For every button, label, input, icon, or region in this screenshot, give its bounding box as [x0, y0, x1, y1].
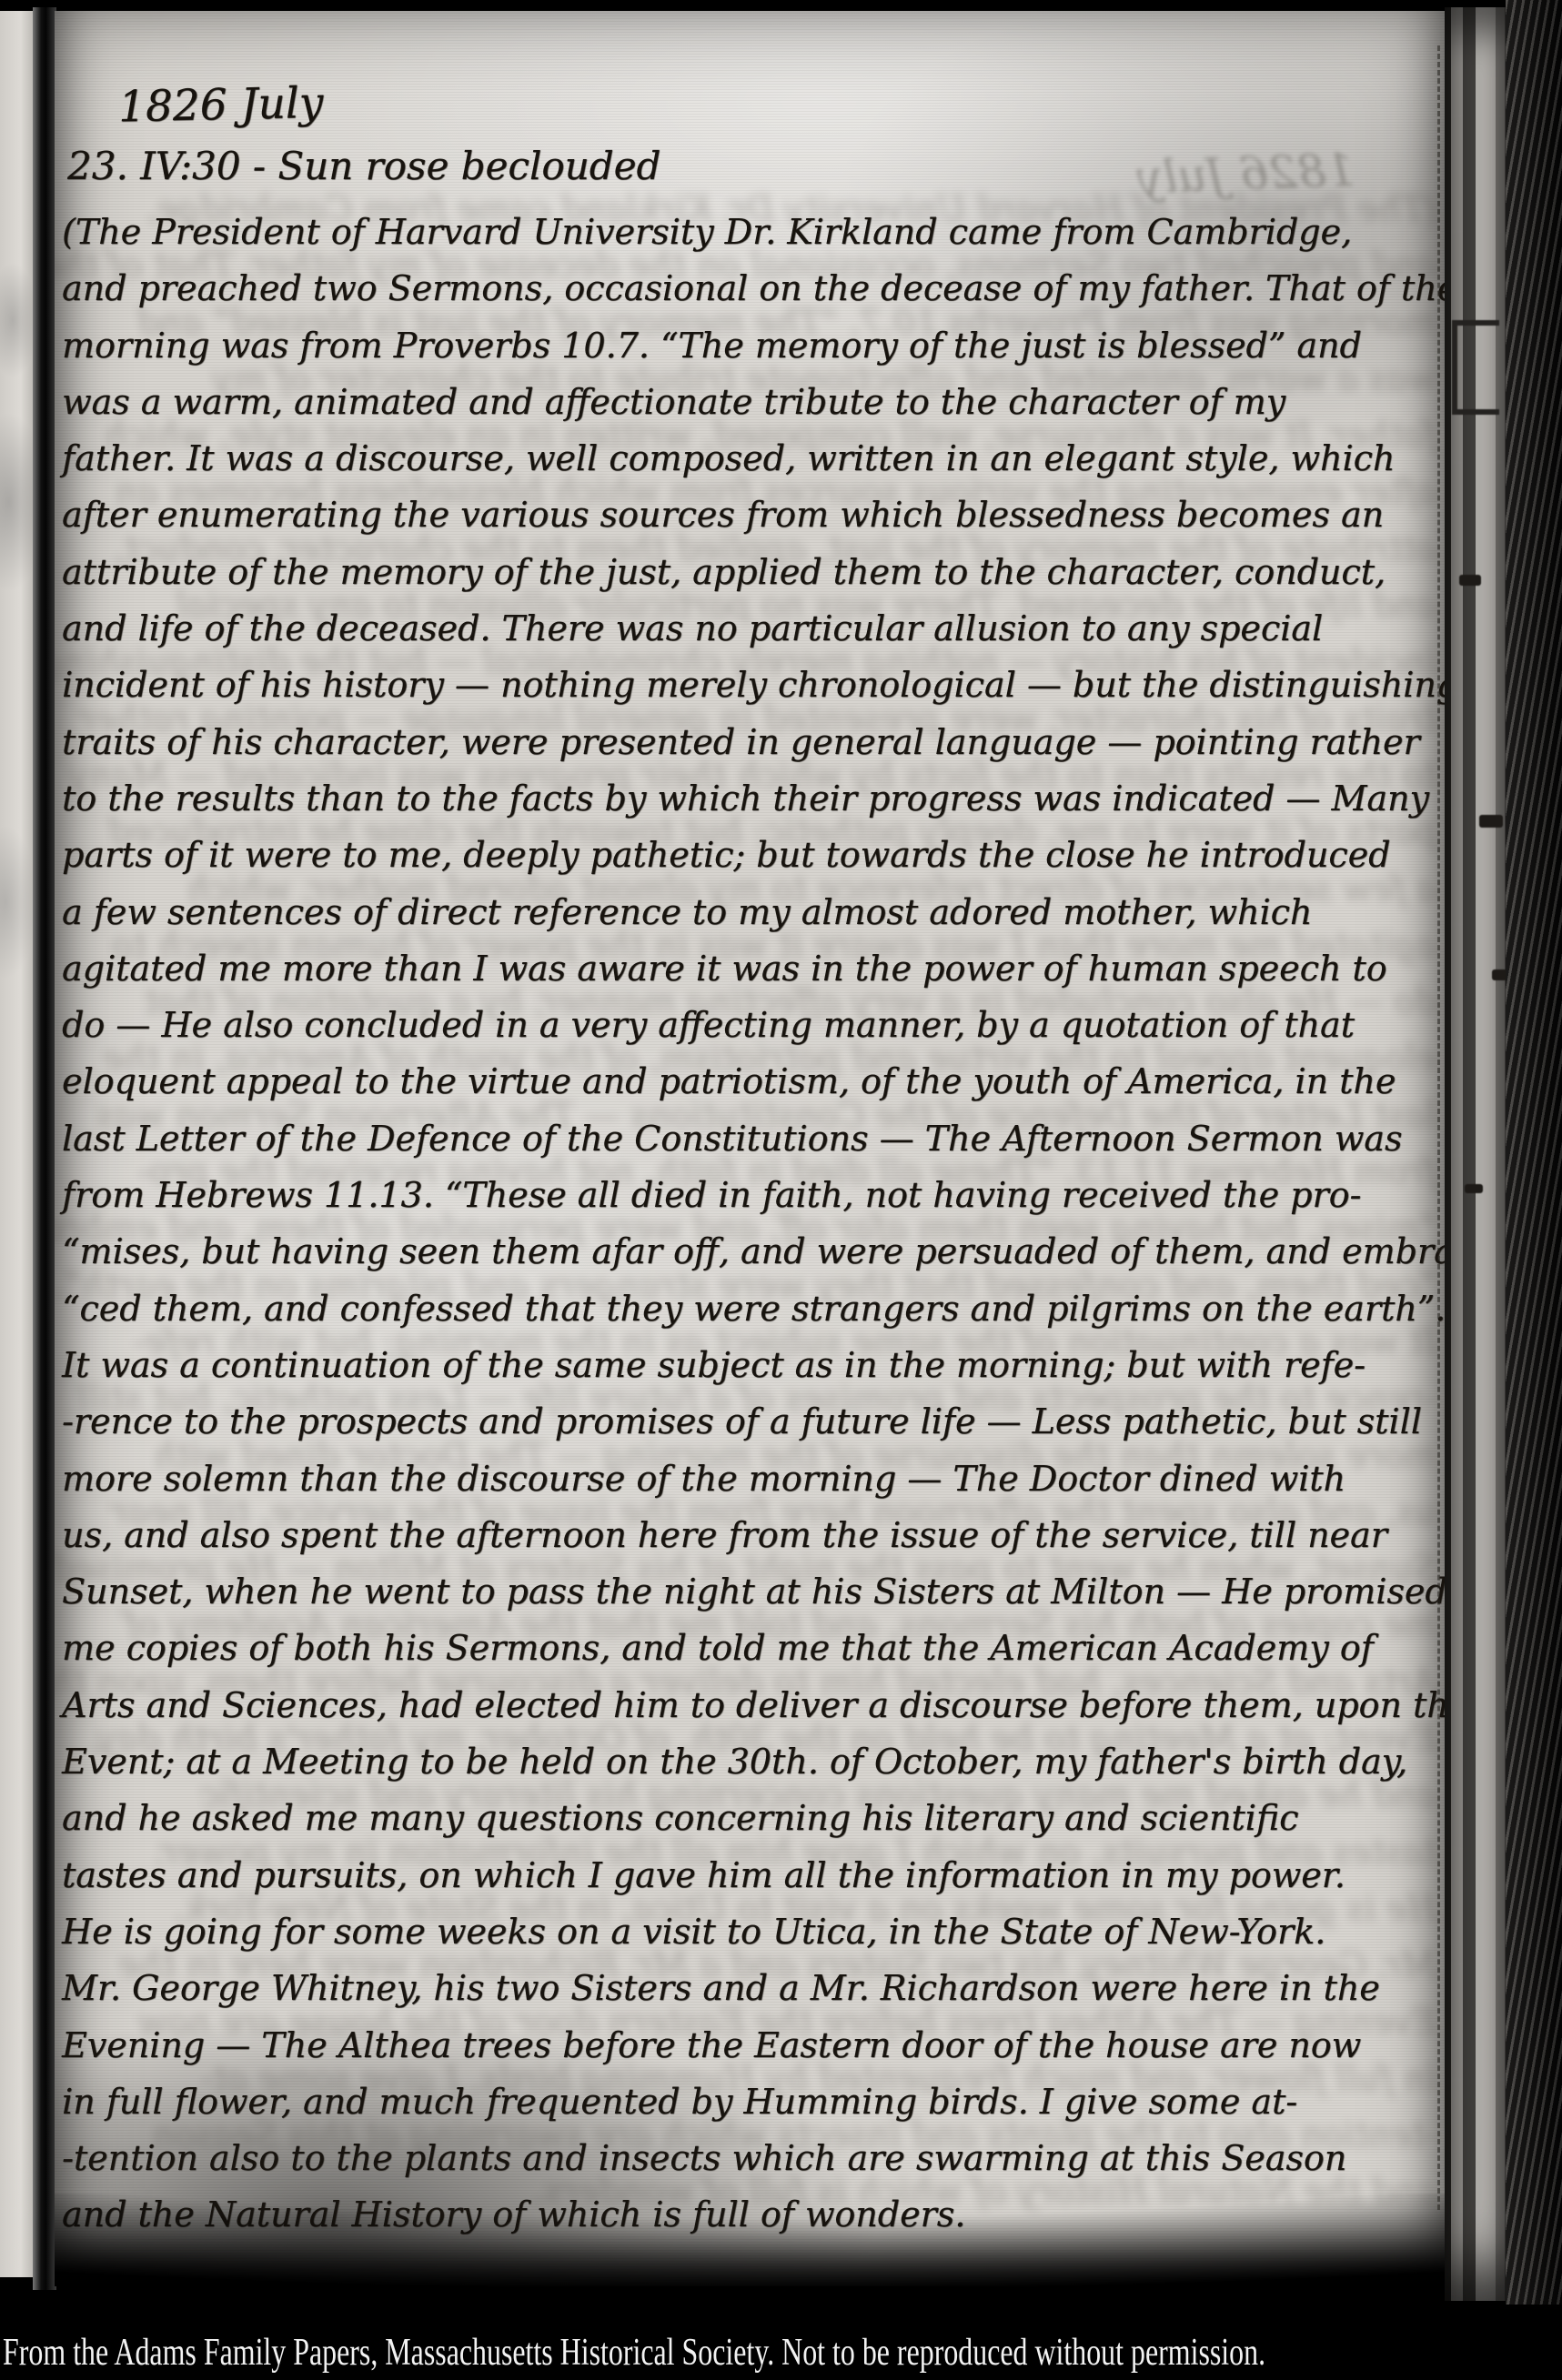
fore-edge-ink-mark	[1479, 815, 1503, 828]
page-gutter-shadow	[33, 7, 56, 2290]
entry-day-and-weather: 23. IV:30 - Sun rose beclouded	[67, 144, 660, 188]
manuscript-line: me copies of both his Sermons, and told …	[62, 1620, 1437, 1676]
manuscript-line: Arts and Sciences, had elected him to de…	[62, 1677, 1437, 1733]
fore-edge-ink-mark	[1459, 575, 1481, 586]
entry-year-month: 1826 July	[117, 78, 323, 133]
manuscript-line: attribute of the memory of the just, app…	[62, 544, 1437, 600]
manuscript-line: traits of his character, were presented …	[62, 714, 1437, 770]
manuscript-line: agitated me more than I was aware it was…	[62, 940, 1437, 997]
manuscript-line: tastes and pursuits, on which I gave him…	[62, 1847, 1437, 1903]
manuscript-line: (The President of Harvard University Dr.…	[62, 204, 1437, 260]
manuscript-line: parts of it were to me, deeply pathetic;…	[62, 827, 1437, 883]
manuscript-line: father. It was a discourse, well compose…	[62, 430, 1437, 487]
manuscript-line: and preached two Sermons, occasional on …	[62, 260, 1437, 316]
scan-top-border	[0, 0, 1562, 11]
manuscript-text: (The President of Harvard University Dr.…	[62, 204, 1437, 2244]
manuscript-line: Sunset, when he went to pass the night a…	[62, 1563, 1437, 1620]
manuscript-line: after enumerating the various sources fr…	[62, 487, 1437, 543]
margin-rule-line	[1437, 45, 1440, 2210]
manuscript-page: (The President of Harvard University Dr.…	[55, 11, 1445, 2286]
manuscript-line: “mises, but having seen them afar off, a…	[62, 1223, 1437, 1280]
book-binding	[1506, 0, 1562, 2380]
manuscript-line: and life of the deceased. There was no p…	[62, 600, 1437, 657]
manuscript-line: do — He also concluded in a very affecti…	[62, 997, 1437, 1053]
manuscript-line: more solemn than the discourse of the mo…	[62, 1451, 1437, 1507]
manuscript-line: eloquent appeal to the virtue and patrio…	[62, 1053, 1437, 1110]
manuscript-line: and he asked me many questions concernin…	[62, 1790, 1437, 1846]
manuscript-line: -tention also to the plants and insects …	[62, 2130, 1437, 2186]
scanned-manuscript-page: (The President of Harvard University Dr.…	[0, 0, 1562, 2380]
manuscript-line: Evening — The Althea trees before the Ea…	[62, 2017, 1437, 2074]
adjacent-page-edge	[0, 11, 35, 2277]
caption-bar: From the Adams Family Papers, Massachuse…	[0, 2305, 1562, 2380]
manuscript-line: “ced them, and confessed that they were …	[62, 1280, 1437, 1337]
manuscript-line: It was a continuation of the same subjec…	[62, 1337, 1437, 1393]
manuscript-line: to the results than to the facts by whic…	[62, 770, 1437, 827]
manuscript-line: last Letter of the Defence of the Consti…	[62, 1110, 1437, 1167]
bleedthrough-date: 1826 July	[1136, 144, 1356, 204]
fore-edge-ink-mark	[1465, 1184, 1483, 1193]
manuscript-line: and the Natural History of which is full…	[62, 2186, 1437, 2243]
manuscript-line: He is going for some weeks on a visit to…	[62, 1903, 1437, 1960]
manuscript-line: in full flower, and much frequented by H…	[62, 2074, 1437, 2130]
manuscript-line: Mr. George Whitney, his two Sisters and …	[62, 1960, 1437, 2016]
manuscript-line: from Hebrews 11.13. “These all died in f…	[62, 1167, 1437, 1223]
manuscript-line: was a warm, animated and affectionate tr…	[62, 374, 1437, 430]
manuscript-line: morning was from Proverbs 10.7. “The mem…	[62, 317, 1437, 374]
manuscript-line: a few sentences of direct reference to m…	[62, 884, 1437, 940]
manuscript-line: Event; at a Meeting to be held on the 30…	[62, 1733, 1437, 1790]
caption-text: From the Adams Family Papers, Massachuse…	[0, 2331, 1265, 2380]
manuscript-line: us, and also spent the afternoon here fr…	[62, 1507, 1437, 1563]
manuscript-line: incident of his history — nothing merely…	[62, 657, 1437, 713]
manuscript-line: -rence to the prospects and promises of …	[62, 1393, 1437, 1450]
fore-edge-bracket-mark	[1452, 320, 1499, 415]
